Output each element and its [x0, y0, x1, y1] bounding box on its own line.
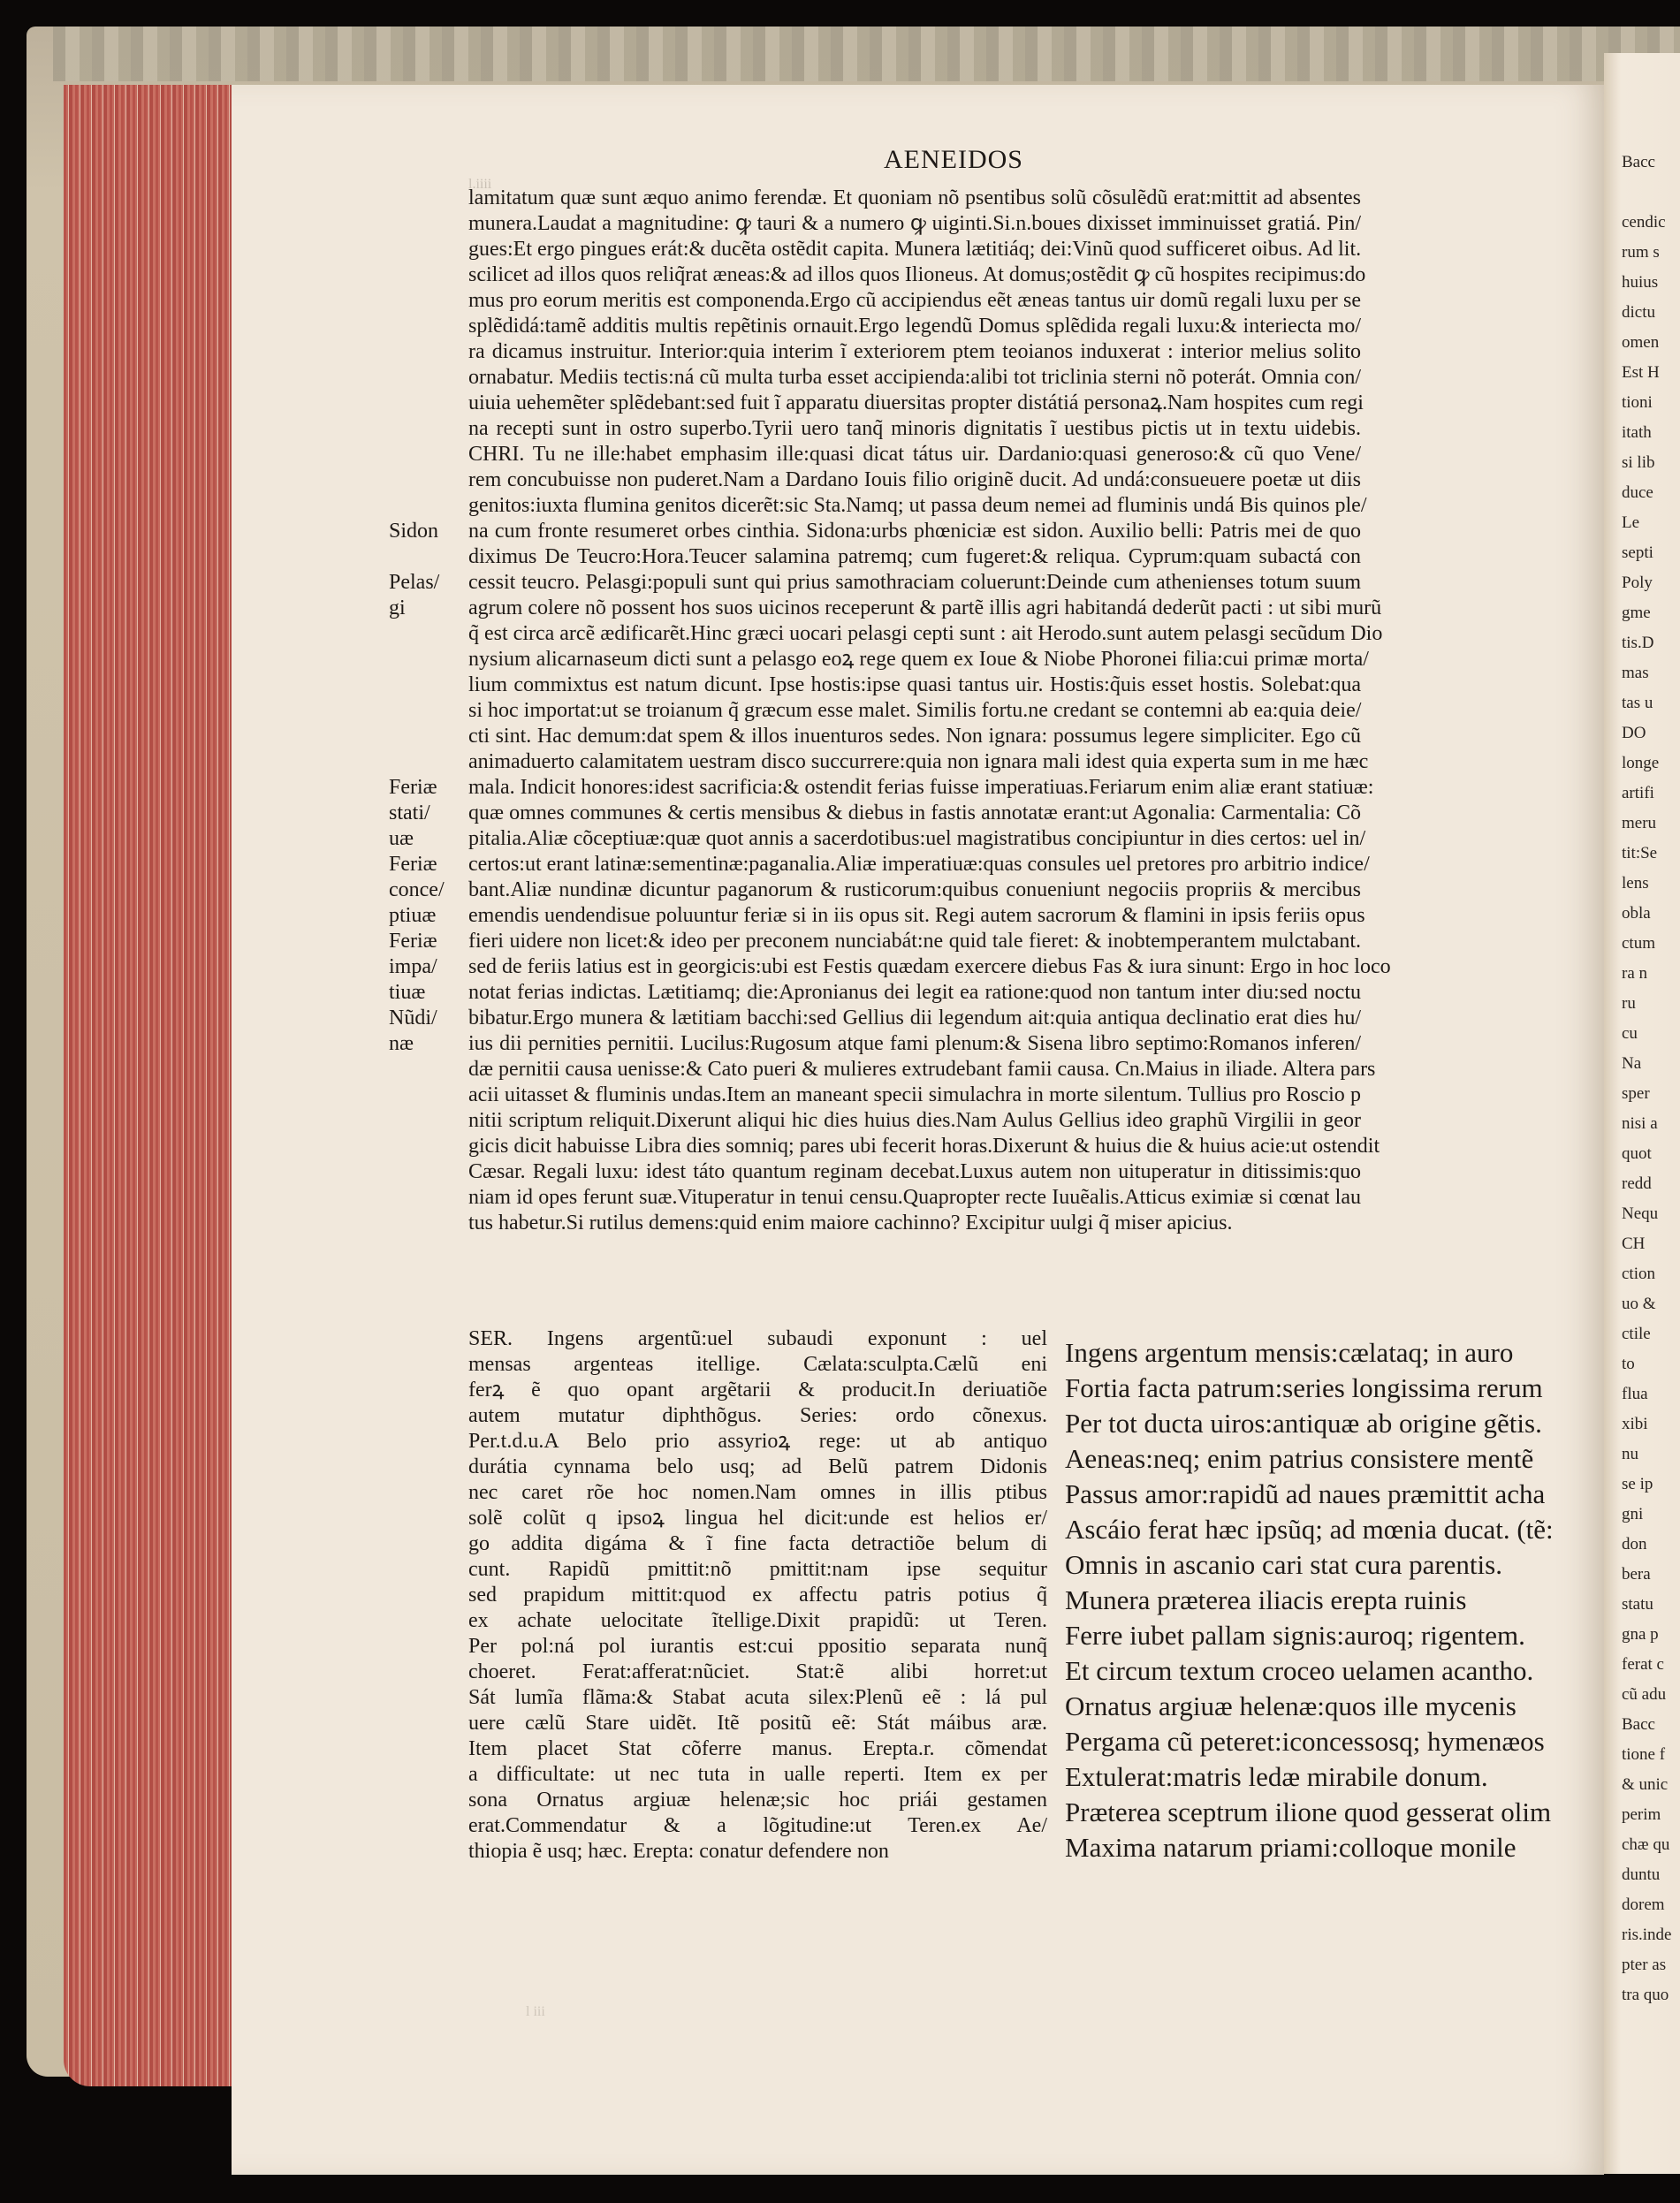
facing-page-edge: Bacccendicrum shuiusdictuomenEst Htionii… [1604, 53, 1680, 2174]
verse-line: Fortia facta patrum:series longissima re… [1065, 1371, 1613, 1406]
commentary-line: gues:Et ergo pingues erát:& ducẽta ostẽd… [468, 237, 1361, 262]
commentary-line: niam id opes ferunt suæ.Vituperatur in t… [468, 1185, 1361, 1211]
marginal-note: uæ [389, 826, 414, 852]
commentary-line: sed de feriis latius est in georgicis:ub… [468, 954, 1361, 980]
verse-line: Ascáio ferat hæc ipsũq; ad mœnia ducat. … [1065, 1512, 1613, 1547]
commentary-line: agrum colere nõ possent hos suos uicinos… [468, 596, 1361, 621]
commentary-line: splẽdidá:tamẽ additis multis repẽtinis o… [468, 314, 1361, 339]
commentary-line: notat ferias indictas. Lætitiamq; die:Ap… [468, 980, 1361, 1006]
servius-line: autem mutatur diphthõgus. Series: ordo c… [468, 1403, 1047, 1429]
facing-page-fragment: sper [1622, 1082, 1650, 1106]
facing-page-fragment: si lib [1622, 451, 1654, 475]
facing-page-fragment: dictu [1622, 300, 1655, 325]
commentary-block: lamitatum quæ sunt æquo animo ferendæ. E… [468, 186, 1361, 1236]
facing-page-fragment: cu [1622, 1022, 1638, 1046]
servius-line: mensas argenteas itellige. Cælata:sculpt… [468, 1352, 1047, 1378]
facing-page-fragment: longe [1622, 751, 1659, 776]
commentary-line: animaduerto calamitatem uestram disco su… [468, 749, 1361, 775]
facing-page-fragment: tas u [1622, 691, 1653, 716]
commentary-line: mala. Indicit honores:idest sacrificia:&… [468, 775, 1361, 801]
facing-page-fragment: tis.D [1622, 631, 1653, 656]
commentary-line: gicis dicit habuisse Libra dies somniq; … [468, 1134, 1361, 1159]
facing-page-fragment: Poly [1622, 571, 1653, 596]
facing-page-fragment: nisi a [1622, 1112, 1658, 1136]
marginal-note: ptiuæ [389, 903, 436, 929]
red-page-edges [64, 85, 232, 2086]
marginal-note: Feriæ [389, 852, 437, 877]
facing-page-fragment: lens [1622, 871, 1649, 896]
facing-page-fragment: bera [1622, 1562, 1651, 1587]
facing-page-fragment: quot [1622, 1142, 1652, 1166]
verse-line: Passus amor:rapidũ ad naues præmittit ac… [1065, 1477, 1613, 1512]
verse-text: Ingens argentum mensis:cælataq; in auroF… [1065, 1335, 1613, 1865]
facing-page-fragment: duce [1622, 481, 1653, 505]
servius-line: Sát lumĩa flãma:& Stabat acuta silex:Ple… [468, 1685, 1047, 1711]
commentary-line: si hoc importat:ut se troianum q̃ græcum… [468, 698, 1361, 724]
facing-page-fragment: ris.inde [1622, 1923, 1671, 1948]
commentary-line: cessit teucro. Pelasgi:populi sunt qui p… [468, 570, 1361, 596]
facing-page-fragment: rum s [1622, 240, 1660, 265]
commentary-line: CHRI. Tu ne ille:habet emphasim ille:qua… [468, 442, 1361, 467]
commentary-line: q̃ est circa arcẽ ædificarẽt.Hinc græci … [468, 621, 1361, 647]
facing-page-fragment: tra quo [1622, 1983, 1669, 2008]
commentary-line: lamitatum quæ sunt æquo animo ferendæ. E… [468, 186, 1361, 211]
verse-line: Munera præterea iliacis erepta ruinis [1065, 1583, 1613, 1618]
facing-page-fragment: se ip [1622, 1472, 1653, 1497]
commentary-line: cti sint. Hac demum:dat spem & illos inu… [468, 724, 1361, 749]
facing-page-fragment: ra n [1622, 961, 1647, 986]
servius-line: erat.Commendatur & a lõgitudine:ut Teren… [468, 1813, 1047, 1839]
facing-page-fragment: Le [1622, 511, 1639, 536]
facing-page-fragment: don [1622, 1532, 1647, 1557]
signature-ghost: l iii [526, 2004, 545, 2020]
commentary-line: nysium alicarnaseum dicti sunt a pelasgo… [468, 647, 1361, 672]
facing-page-fragment: meru [1622, 811, 1656, 836]
marginal-note: impa/ [389, 954, 437, 980]
commentary-line: pitalia.Aliæ cõceptiuæ:quæ quot annis a … [468, 826, 1361, 852]
servius-line: Item placet Stat cõferre manus. Erepta.r… [468, 1736, 1047, 1762]
commentary-line: munera.Laudat a magnitudine: ꝙ tauri & a… [468, 211, 1361, 237]
commentary-line: fieri uidere non licet:& ideo per precon… [468, 929, 1361, 954]
commentary-line: rem concubuisse non puderet.Nam a Dardan… [468, 467, 1361, 493]
commentary-line: diximus De Teucro:Hora.Teucer salamina p… [468, 544, 1361, 570]
facing-page-fragment: omen [1622, 330, 1659, 355]
commentary-line: ornabatur. Mediis tectis:ná cũ multa tur… [468, 365, 1361, 391]
commentary-line: ra dicamus instruitur. Interior:quia int… [468, 339, 1361, 365]
facing-page-fragment: Est H [1622, 361, 1660, 385]
servius-line: durátia cynnama belo usq; ad Belũ patrem… [468, 1455, 1047, 1480]
commentary-line: quæ omnes communes & certis mensibus & d… [468, 801, 1361, 826]
marginal-note: tiuæ [389, 980, 425, 1006]
verse-line: Maxima natarum priami:colloque monile [1065, 1830, 1613, 1865]
facing-page-fragment: dorem [1622, 1893, 1665, 1918]
facing-page-fragment: cendic [1622, 210, 1666, 235]
facing-page-fragment: CH [1622, 1232, 1645, 1257]
verse-line: Ornatus argiuæ helenæ:quos ille mycenis [1065, 1689, 1613, 1724]
commentary-line: scilicet ad illos quos reliq̃rat æneas:&… [468, 262, 1361, 288]
facing-page-fragment: & unic [1622, 1773, 1668, 1797]
commentary-line: bant.Aliæ nundinæ dicuntur paganorum & r… [468, 877, 1361, 903]
marginal-note: stati/ [389, 801, 430, 826]
facing-page-fragment: flua [1622, 1382, 1648, 1407]
servius-line: go addita digáma & ĩ fine facta detracti… [468, 1531, 1047, 1557]
servius-line: uere cælũ Stare uidẽt. Itẽ positũ eẽ: St… [468, 1711, 1047, 1736]
facing-page-fragment: ctum [1622, 931, 1655, 956]
facing-page-fragment: tione f [1622, 1743, 1665, 1767]
verse-line: Extulerat:matris ledæ mirabile donum. [1065, 1759, 1613, 1795]
servius-commentary: SER. Ingens argentũ:uel subaudi exponunt… [468, 1326, 1047, 1865]
facing-page-fragment: ction [1622, 1262, 1655, 1287]
marginal-note: conce/ [389, 877, 445, 903]
facing-page-fragment: duntu [1622, 1863, 1660, 1888]
facing-page-fragment: uo & [1622, 1292, 1656, 1317]
servius-line: Per pol:ná pol iurantis est:cui ppositio… [468, 1634, 1047, 1660]
verse-line: Pergama cũ peteret:iconcessosq; hymenæos [1065, 1724, 1613, 1759]
servius-line: solẽ colũt q ipsoꝝ lingua hel dicit:unde… [468, 1506, 1047, 1531]
facing-page-fragment: huius [1622, 270, 1658, 295]
facing-page-fragment: statu [1622, 1592, 1653, 1617]
facing-page-fragment: to [1622, 1352, 1635, 1377]
servius-line: nec caret rõe hoc nomen.Nam omnes in ill… [468, 1480, 1047, 1506]
facing-page-fragment: DO [1622, 721, 1646, 746]
cover-head-edge [53, 27, 1680, 81]
facing-page-fragment: Nequ [1622, 1202, 1658, 1227]
facing-page-fragment: ferat c [1622, 1652, 1664, 1677]
commentary-line: na recepti sunt in ostro superbo.Tyrii u… [468, 416, 1361, 442]
facing-page-fragment: redd [1622, 1172, 1652, 1196]
facing-page-fragment: itath [1622, 421, 1652, 445]
servius-line: Per.t.d.u.A Belo prio assyrioꝝ rege: ut … [468, 1429, 1047, 1455]
running-head: AENEIDOS [884, 145, 1023, 175]
facing-page-fragment: chæ qu [1622, 1833, 1669, 1857]
commentary-line: genitos:iuxta flumina genitos dicerẽt:si… [468, 493, 1361, 519]
verse-line: Et circum textum croceo uelamen acantho. [1065, 1653, 1613, 1689]
servius-line: a difficultate: ut nec tuta in ualle rep… [468, 1762, 1047, 1788]
marginal-note: Sidon [389, 519, 438, 544]
facing-page-fragment: perim [1622, 1803, 1661, 1827]
servius-line: sona Ornatus argiuæ helenæ;sic hoc priái… [468, 1788, 1047, 1813]
facing-page-fragment: xibi [1622, 1412, 1648, 1437]
marginal-note: Nũdi/ [389, 1006, 437, 1031]
facing-page-fragment: pter as [1622, 1953, 1666, 1978]
commentary-line: acii uitasset & fluminis undas.Item an m… [468, 1083, 1361, 1108]
commentary-line: nitii scriptum reliquit.Dixerunt aliqui … [468, 1108, 1361, 1134]
servius-line: thiopia ẽ usq; hæc. Erepta: conatur defe… [468, 1839, 1047, 1865]
facing-page-fragment: ctile [1622, 1322, 1651, 1347]
verse-line: Per tot ducta uiros:antiquæ ab origine g… [1065, 1406, 1613, 1441]
servius-line: choeret. Ferat:afferat:nũciet. Stat:ẽ al… [468, 1660, 1047, 1685]
servius-line: cunt. Rapidũ pmittit:nõ pmittit:nam ipse… [468, 1557, 1047, 1583]
verse-line: Omnis in ascanio cari stat cura parentis… [1065, 1547, 1613, 1583]
commentary-line: mus pro eorum meritis est componenda.Erg… [468, 288, 1361, 314]
verse-line: Ferre iubet pallam signis:auroq; rigente… [1065, 1618, 1613, 1653]
commentary-line: certos:ut erant latinæ:sementinæ:paganal… [468, 852, 1361, 877]
commentary-line: ius dii pernities pernitii. Lucilus:Rugo… [468, 1031, 1361, 1057]
facing-page-fragment: obla [1622, 901, 1651, 926]
facing-page-fragment: tit:Se [1622, 841, 1657, 866]
commentary-line: na cum fronte resumeret orbes cinthia. S… [468, 519, 1361, 544]
servius-line: sed prapidum mittit:quod ex affectu patr… [468, 1583, 1047, 1608]
facing-page-fragment: artifi [1622, 781, 1654, 806]
servius-line: ferꝝ ẽ quo opant argẽtarii & producit.In… [468, 1378, 1047, 1403]
verse-line: Præterea sceptrum ilione quod gesserat o… [1065, 1795, 1613, 1830]
commentary-line: lium commixtus est natum dicunt. Ipse ho… [468, 672, 1361, 698]
facing-page-fragment: gni [1622, 1502, 1643, 1527]
marginal-note: næ [389, 1031, 414, 1057]
commentary-line: emendis uendendisue poluuntur feriæ si i… [468, 903, 1361, 929]
commentary-line: uiuia uehemẽter splẽdebant:sed fuit ĩ ap… [468, 391, 1361, 416]
commentary-line: dæ pernitii causa uenisse:& Cato pueri &… [468, 1057, 1361, 1083]
facing-page-fragment: Bacc [1622, 150, 1655, 175]
facing-page-fragment: gna p [1622, 1622, 1659, 1647]
servius-line: ex achate uelocitate ĩtellige.Dixit prap… [468, 1608, 1047, 1634]
facing-page-fragment: nu [1622, 1442, 1638, 1467]
marginal-note: Feriæ [389, 775, 437, 801]
marginal-note: gi [389, 596, 406, 621]
commentary-line: tus habetur.Si rutilus demens:quid enim … [468, 1211, 1361, 1236]
facing-page-fragment: tioni [1622, 391, 1653, 415]
commentary-line: Cæsar. Regali luxu: idest táto quantum r… [468, 1159, 1361, 1185]
marginal-note: Feriæ [389, 929, 437, 954]
servius-line: SER. Ingens argentũ:uel subaudi exponunt… [468, 1326, 1047, 1352]
verse-line: Ingens argentum mensis:cælataq; in auro [1065, 1335, 1613, 1371]
facing-page-fragment: mas [1622, 661, 1649, 686]
facing-page-fragment: Bacc [1622, 1713, 1655, 1737]
marginal-note: Pelas/ [389, 570, 439, 596]
facing-page-fragment: gme [1622, 601, 1651, 626]
facing-page-fragment: Na [1622, 1052, 1641, 1076]
facing-page-fragment: ru [1622, 991, 1636, 1016]
facing-page-fragment: cũ adu [1622, 1683, 1666, 1707]
facing-page-fragment: septi [1622, 541, 1653, 566]
verse-line: Aeneas:neq; enim patrius consistere ment… [1065, 1441, 1613, 1477]
commentary-line: bibatur.Ergo munera & lætitiam bacchi:se… [468, 1006, 1361, 1031]
